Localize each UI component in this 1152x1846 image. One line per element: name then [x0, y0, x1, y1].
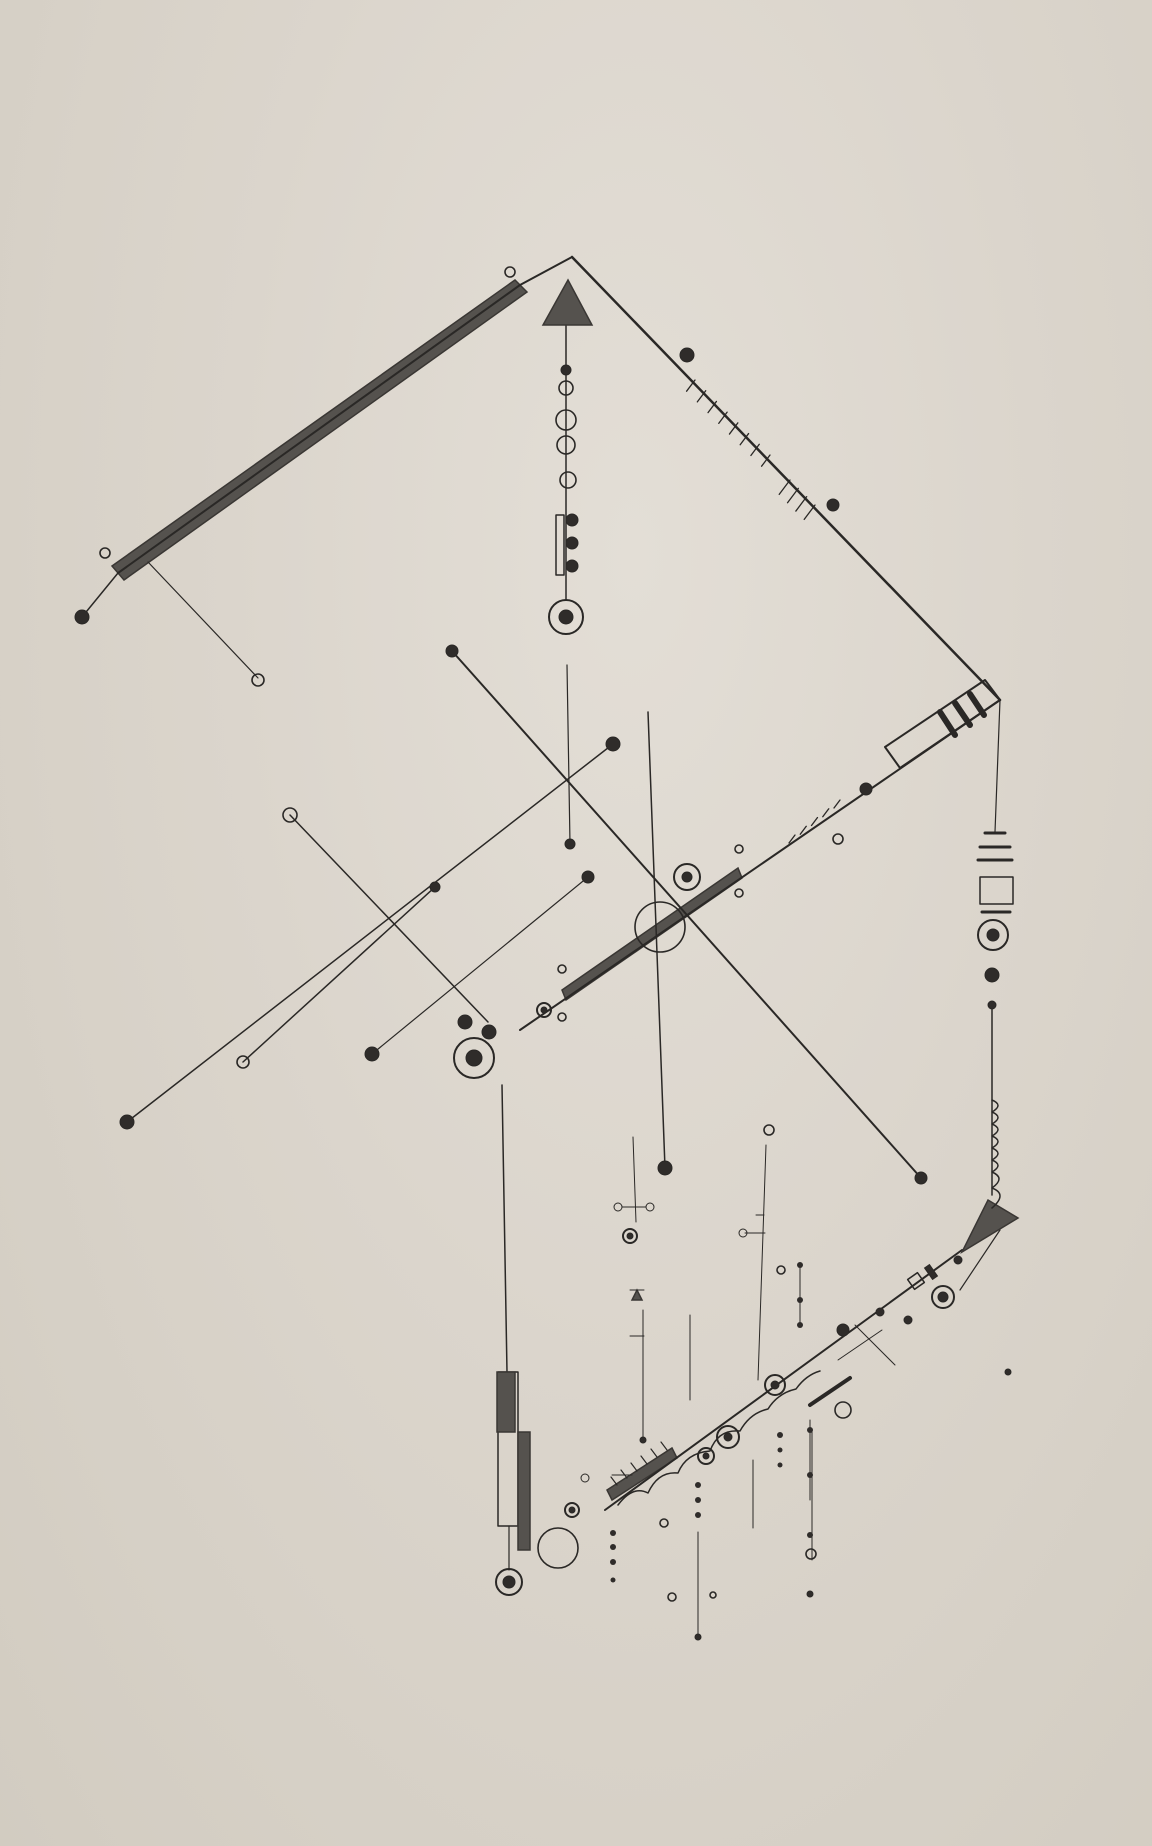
pencil-drawing	[0, 0, 1152, 1846]
upper-right-ticks-2-tick	[779, 480, 790, 494]
open-circle	[735, 889, 743, 897]
open-circle	[505, 267, 515, 277]
open-circle	[660, 1519, 668, 1527]
target-center	[569, 1507, 575, 1513]
open-circle	[710, 1592, 716, 1598]
filled-dot	[446, 645, 458, 657]
open-circle	[100, 548, 110, 558]
target-center	[987, 929, 999, 941]
filled-dot	[582, 871, 594, 883]
cluster-vert-2	[758, 1145, 766, 1380]
apex-right-diagonal	[572, 257, 1000, 700]
tiny-ring	[614, 1203, 622, 1211]
filled-dot	[1005, 1369, 1011, 1375]
inner-diag-ticks-tick	[834, 800, 840, 808]
filled-dot	[985, 968, 999, 982]
open-circle	[668, 1593, 676, 1601]
rectangles	[497, 515, 1013, 1550]
filled-dot	[904, 1316, 912, 1324]
chain-rect	[556, 515, 564, 575]
filled-dot	[365, 1047, 379, 1061]
open-circle	[764, 1125, 774, 1135]
pendant-offset-strip	[518, 1432, 530, 1550]
cluster-vert-1	[633, 1137, 636, 1222]
filled-dot	[566, 560, 578, 572]
upper-right-ticks-2-tick	[796, 497, 807, 511]
inner-diag-ticks-tick	[812, 818, 818, 826]
short-vertical	[567, 665, 570, 844]
target-center	[771, 1381, 779, 1389]
target-center	[627, 1233, 633, 1239]
open-circle	[560, 472, 576, 488]
filled-dot	[658, 1161, 672, 1175]
target-center	[703, 1453, 709, 1459]
decorative-details	[581, 680, 1012, 1583]
pendant-dark	[497, 1372, 515, 1432]
upper-right-ticks-2-tick	[788, 488, 799, 502]
target-center	[541, 1007, 547, 1013]
filled-dot	[430, 882, 440, 892]
upper-right-ticks-2-tick	[804, 505, 815, 519]
filled-dot	[680, 348, 694, 362]
apex-left-segment	[520, 257, 572, 285]
parallel-diag	[243, 887, 435, 1062]
cross-glyphs	[612, 1207, 765, 1475]
small-triangle	[632, 1290, 642, 1300]
filled-dot	[458, 1015, 472, 1029]
tiny-ring	[646, 1203, 654, 1211]
right-hanging-line	[995, 700, 1000, 832]
open-circle	[252, 674, 264, 686]
open-circle	[806, 1549, 816, 1559]
ink-lines	[82, 257, 1000, 1637]
filled-dot	[954, 1256, 962, 1264]
small-bar	[925, 1265, 938, 1280]
filled-dot	[482, 1025, 496, 1039]
filled-dot	[827, 499, 839, 511]
open-circle	[538, 1528, 578, 1568]
target-center	[503, 1576, 515, 1588]
open-circle	[777, 1266, 785, 1274]
filled-dot	[915, 1172, 927, 1184]
filled-dot	[606, 737, 620, 751]
scallop-edge	[618, 1371, 820, 1505]
open-circle	[558, 965, 566, 973]
inner-diag-ticks-tick	[823, 809, 829, 817]
left-bar-hanging-line	[148, 562, 258, 678]
filled-dot	[565, 839, 575, 849]
open-circles	[100, 267, 851, 1601]
target-center	[724, 1433, 732, 1441]
pendant-line	[502, 1085, 507, 1372]
corner-stripe	[955, 703, 970, 725]
target-circles	[454, 600, 1008, 1595]
inner-thick-bar	[562, 868, 742, 1000]
circuit-bar	[810, 1378, 850, 1405]
left-bar-dot-stem	[82, 573, 118, 617]
filled-dot	[876, 1308, 884, 1316]
tiny-ring	[581, 1474, 589, 1482]
triangles	[543, 280, 1018, 1300]
filled-dot	[807, 1591, 813, 1597]
open-circle	[735, 845, 743, 853]
long-diag-left	[127, 744, 613, 1122]
filled-dot	[988, 1001, 996, 1009]
corner-box	[885, 680, 1000, 768]
filled-dot	[837, 1324, 849, 1336]
open-circle	[833, 834, 843, 844]
filled-dot	[120, 1115, 134, 1129]
thick-bars	[112, 280, 742, 1500]
short-diag	[372, 877, 588, 1054]
dotted-columns	[610, 1262, 813, 1583]
filled-dot	[640, 1437, 646, 1443]
filled-dot	[75, 610, 89, 624]
left-thick-bar-edge	[118, 285, 520, 573]
open-circle	[558, 1013, 566, 1021]
tick-marks	[687, 380, 840, 843]
target-center	[682, 872, 692, 882]
open-circle	[835, 1402, 851, 1418]
filled-dot	[695, 1634, 701, 1640]
filled-dot	[860, 783, 872, 795]
circuit-line	[855, 1325, 895, 1365]
target-center	[938, 1292, 948, 1302]
corner-stripe	[940, 712, 955, 735]
target-center	[559, 610, 573, 624]
crossing-diag	[290, 815, 488, 1022]
corner-stripe	[970, 694, 984, 715]
filled-dot	[566, 514, 578, 526]
filled-dots	[75, 348, 1011, 1640]
filled-dot	[566, 537, 578, 549]
loop-chain	[992, 1100, 1000, 1208]
target-center	[466, 1050, 482, 1066]
apex-triangle	[543, 280, 592, 325]
filled-dot	[561, 365, 571, 375]
hanging-box	[980, 877, 1013, 904]
